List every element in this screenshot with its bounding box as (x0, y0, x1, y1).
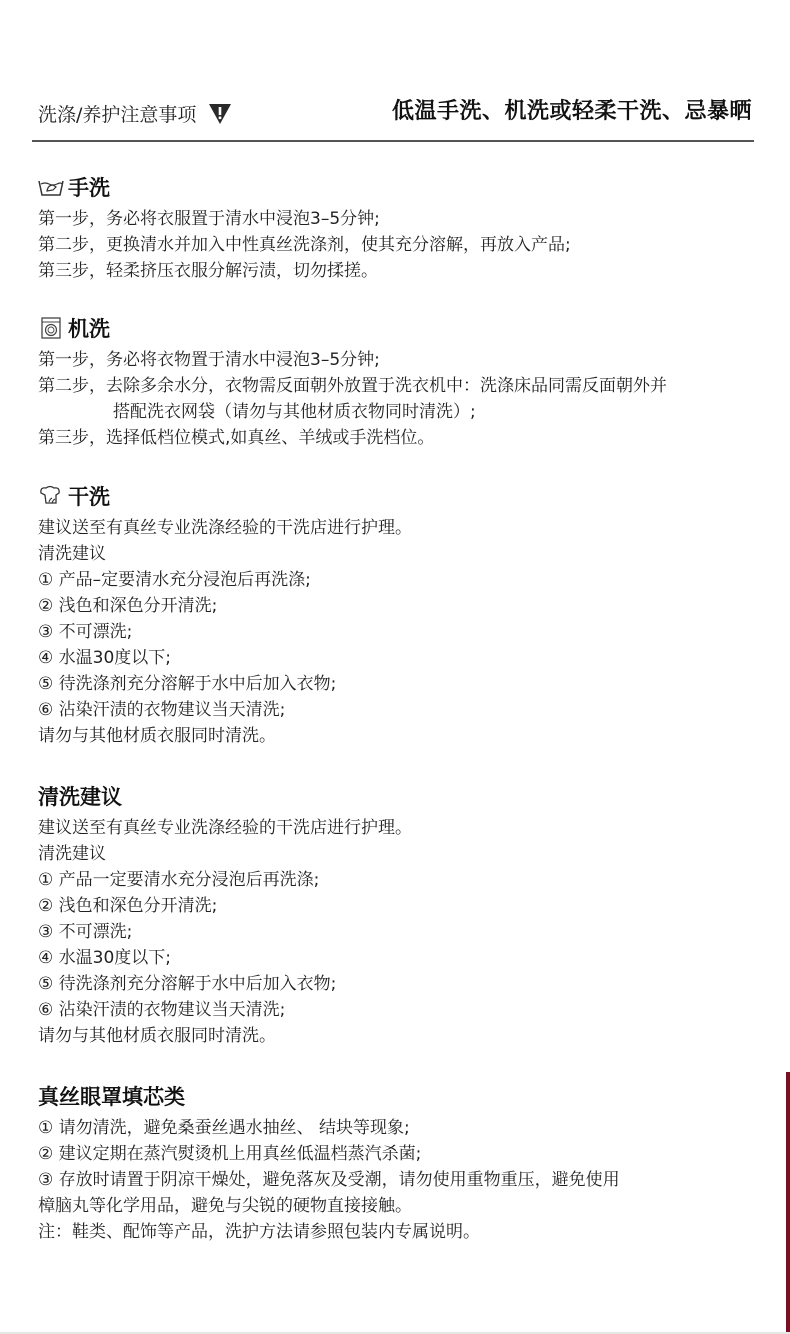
dry-clean-icon (38, 485, 64, 507)
dry-clean-section: 干洗 建议送至有真丝专业洗涤经验的干洗店进行护理。 清洗建议 ① 产品–定要清水… (38, 481, 758, 749)
dry-clean-line-5: ③ 不可漂洗; (38, 619, 758, 645)
machine-wash-heading: 机洗 (38, 313, 758, 343)
eye-mask-line-3: ③ 存放时请置于阴凉干燥处，避免落灰及受潮，请勿使用重物重压，避免使用 (38, 1167, 758, 1193)
warning-triangle-icon (208, 103, 232, 125)
hand-wash-icon (38, 176, 64, 198)
dry-clean-line-3: ① 产品–定要清水充分浸泡后再洗涤; (38, 567, 758, 593)
eye-mask-note: 注：鞋类、配饰等产品，洗护方法请参照包装内专属说明。 (38, 1219, 758, 1245)
dry-clean-line-1: 建议送至有真丝专业洗涤经验的干洗店进行护理。 (38, 515, 758, 541)
dry-clean-line-9: 请勿与其他材质衣服同时清洗。 (38, 723, 758, 749)
cleaning-advice-heading: 清洗建议 (38, 781, 758, 811)
washing-machine-icon (38, 317, 64, 339)
hand-wash-step-2: 第二步，更换清水并加入中性真丝洗涤剂，使其充分溶解，再放入产品; (38, 232, 758, 258)
cleaning-advice-line-8: ⑥ 沾染汗渍的衣物建议当天清洗; (38, 997, 758, 1023)
machine-wash-step-1: 第一步，务必将衣物置于清水中浸泡3–5分钟; (38, 347, 758, 373)
eye-mask-line-1: ① 请勿清洗，避免桑蚕丝遇水抽丝、 结块等现象; (38, 1115, 758, 1141)
dry-clean-line-7: ⑤ 待洗涤剂充分溶解于水中后加入衣物; (38, 671, 758, 697)
cleaning-advice-line-2: 清洗建议 (38, 841, 758, 867)
accent-bar (786, 1072, 790, 1334)
cleaning-advice-line-5: ③ 不可漂洗; (38, 919, 758, 945)
dry-clean-line-8: ⑥ 沾染汗渍的衣物建议当天清洗; (38, 697, 758, 723)
machine-wash-section: 机洗 第一步，务必将衣物置于清水中浸泡3–5分钟; 第二步，去除多余水分，衣物需… (38, 313, 758, 451)
cleaning-advice-line-1: 建议送至有真丝专业洗涤经验的干洗店进行护理。 (38, 815, 758, 841)
cleaning-advice-line-6: ④ 水温30度以下; (38, 945, 758, 971)
cleaning-advice-line-4: ② 浅色和深色分开清洗; (38, 893, 758, 919)
dry-clean-line-4: ② 浅色和深色分开清洗; (38, 593, 758, 619)
hand-wash-heading: 手洗 (38, 172, 758, 202)
care-summary: 低温手洗、机洗或轻柔干洗、忌暴晒 (392, 94, 752, 125)
care-notice-title: 洗涤/养护注意事项 (38, 100, 196, 127)
eye-mask-line-4: 樟脑丸等化学用品，避免与尖锐的硬物直接接触。 (38, 1193, 758, 1219)
dry-clean-heading: 干洗 (38, 481, 758, 511)
machine-wash-step-2-cont: 搭配洗衣网袋（请勿与其他材质衣物同时清洗）; (38, 399, 758, 425)
cleaning-advice-line-9: 请勿与其他材质衣服同时清洗。 (38, 1023, 758, 1049)
eye-mask-section: 真丝眼罩填芯类 ① 请勿清洗，避免桑蚕丝遇水抽丝、 结块等现象; ② 建议定期在… (38, 1081, 758, 1245)
hand-wash-title: 手洗 (68, 172, 110, 202)
machine-wash-step-3: 第三步，选择低档位模式,如真丝、羊绒或手洗档位。 (38, 425, 758, 451)
dry-clean-title: 干洗 (68, 481, 110, 511)
care-notice-heading: 洗涤/养护注意事项 (38, 100, 232, 127)
hand-wash-step-3: 第三步，轻柔挤压衣服分解污渍，切勿揉搓。 (38, 258, 758, 284)
eye-mask-line-2: ② 建议定期在蒸汽熨烫机上用真丝低温档蒸汽杀菌; (38, 1141, 758, 1167)
eye-mask-heading: 真丝眼罩填芯类 (38, 1081, 758, 1111)
cleaning-advice-line-7: ⑤ 待洗涤剂充分溶解于水中后加入衣物; (38, 971, 758, 997)
machine-wash-step-2: 第二步，去除多余水分，衣物需反面朝外放置于洗衣机中：洗涤床品同需反面朝外并 (38, 373, 758, 399)
care-header: 洗涤/养护注意事项 低温手洗、机洗或轻柔干洗、忌暴晒 (32, 94, 754, 142)
cleaning-advice-section: 清洗建议 建议送至有真丝专业洗涤经验的干洗店进行护理。 清洗建议 ① 产品一定要… (38, 781, 758, 1049)
dry-clean-line-2: 清洗建议 (38, 541, 758, 567)
dry-clean-line-6: ④ 水温30度以下; (38, 645, 758, 671)
hand-wash-section: 手洗 第一步，务必将衣服置于清水中浸泡3–5分钟; 第二步，更换清水并加入中性真… (38, 172, 758, 284)
machine-wash-title: 机洗 (68, 313, 110, 343)
cleaning-advice-line-3: ① 产品一定要清水充分浸泡后再洗涤; (38, 867, 758, 893)
hand-wash-step-1: 第一步，务必将衣服置于清水中浸泡3–5分钟; (38, 206, 758, 232)
